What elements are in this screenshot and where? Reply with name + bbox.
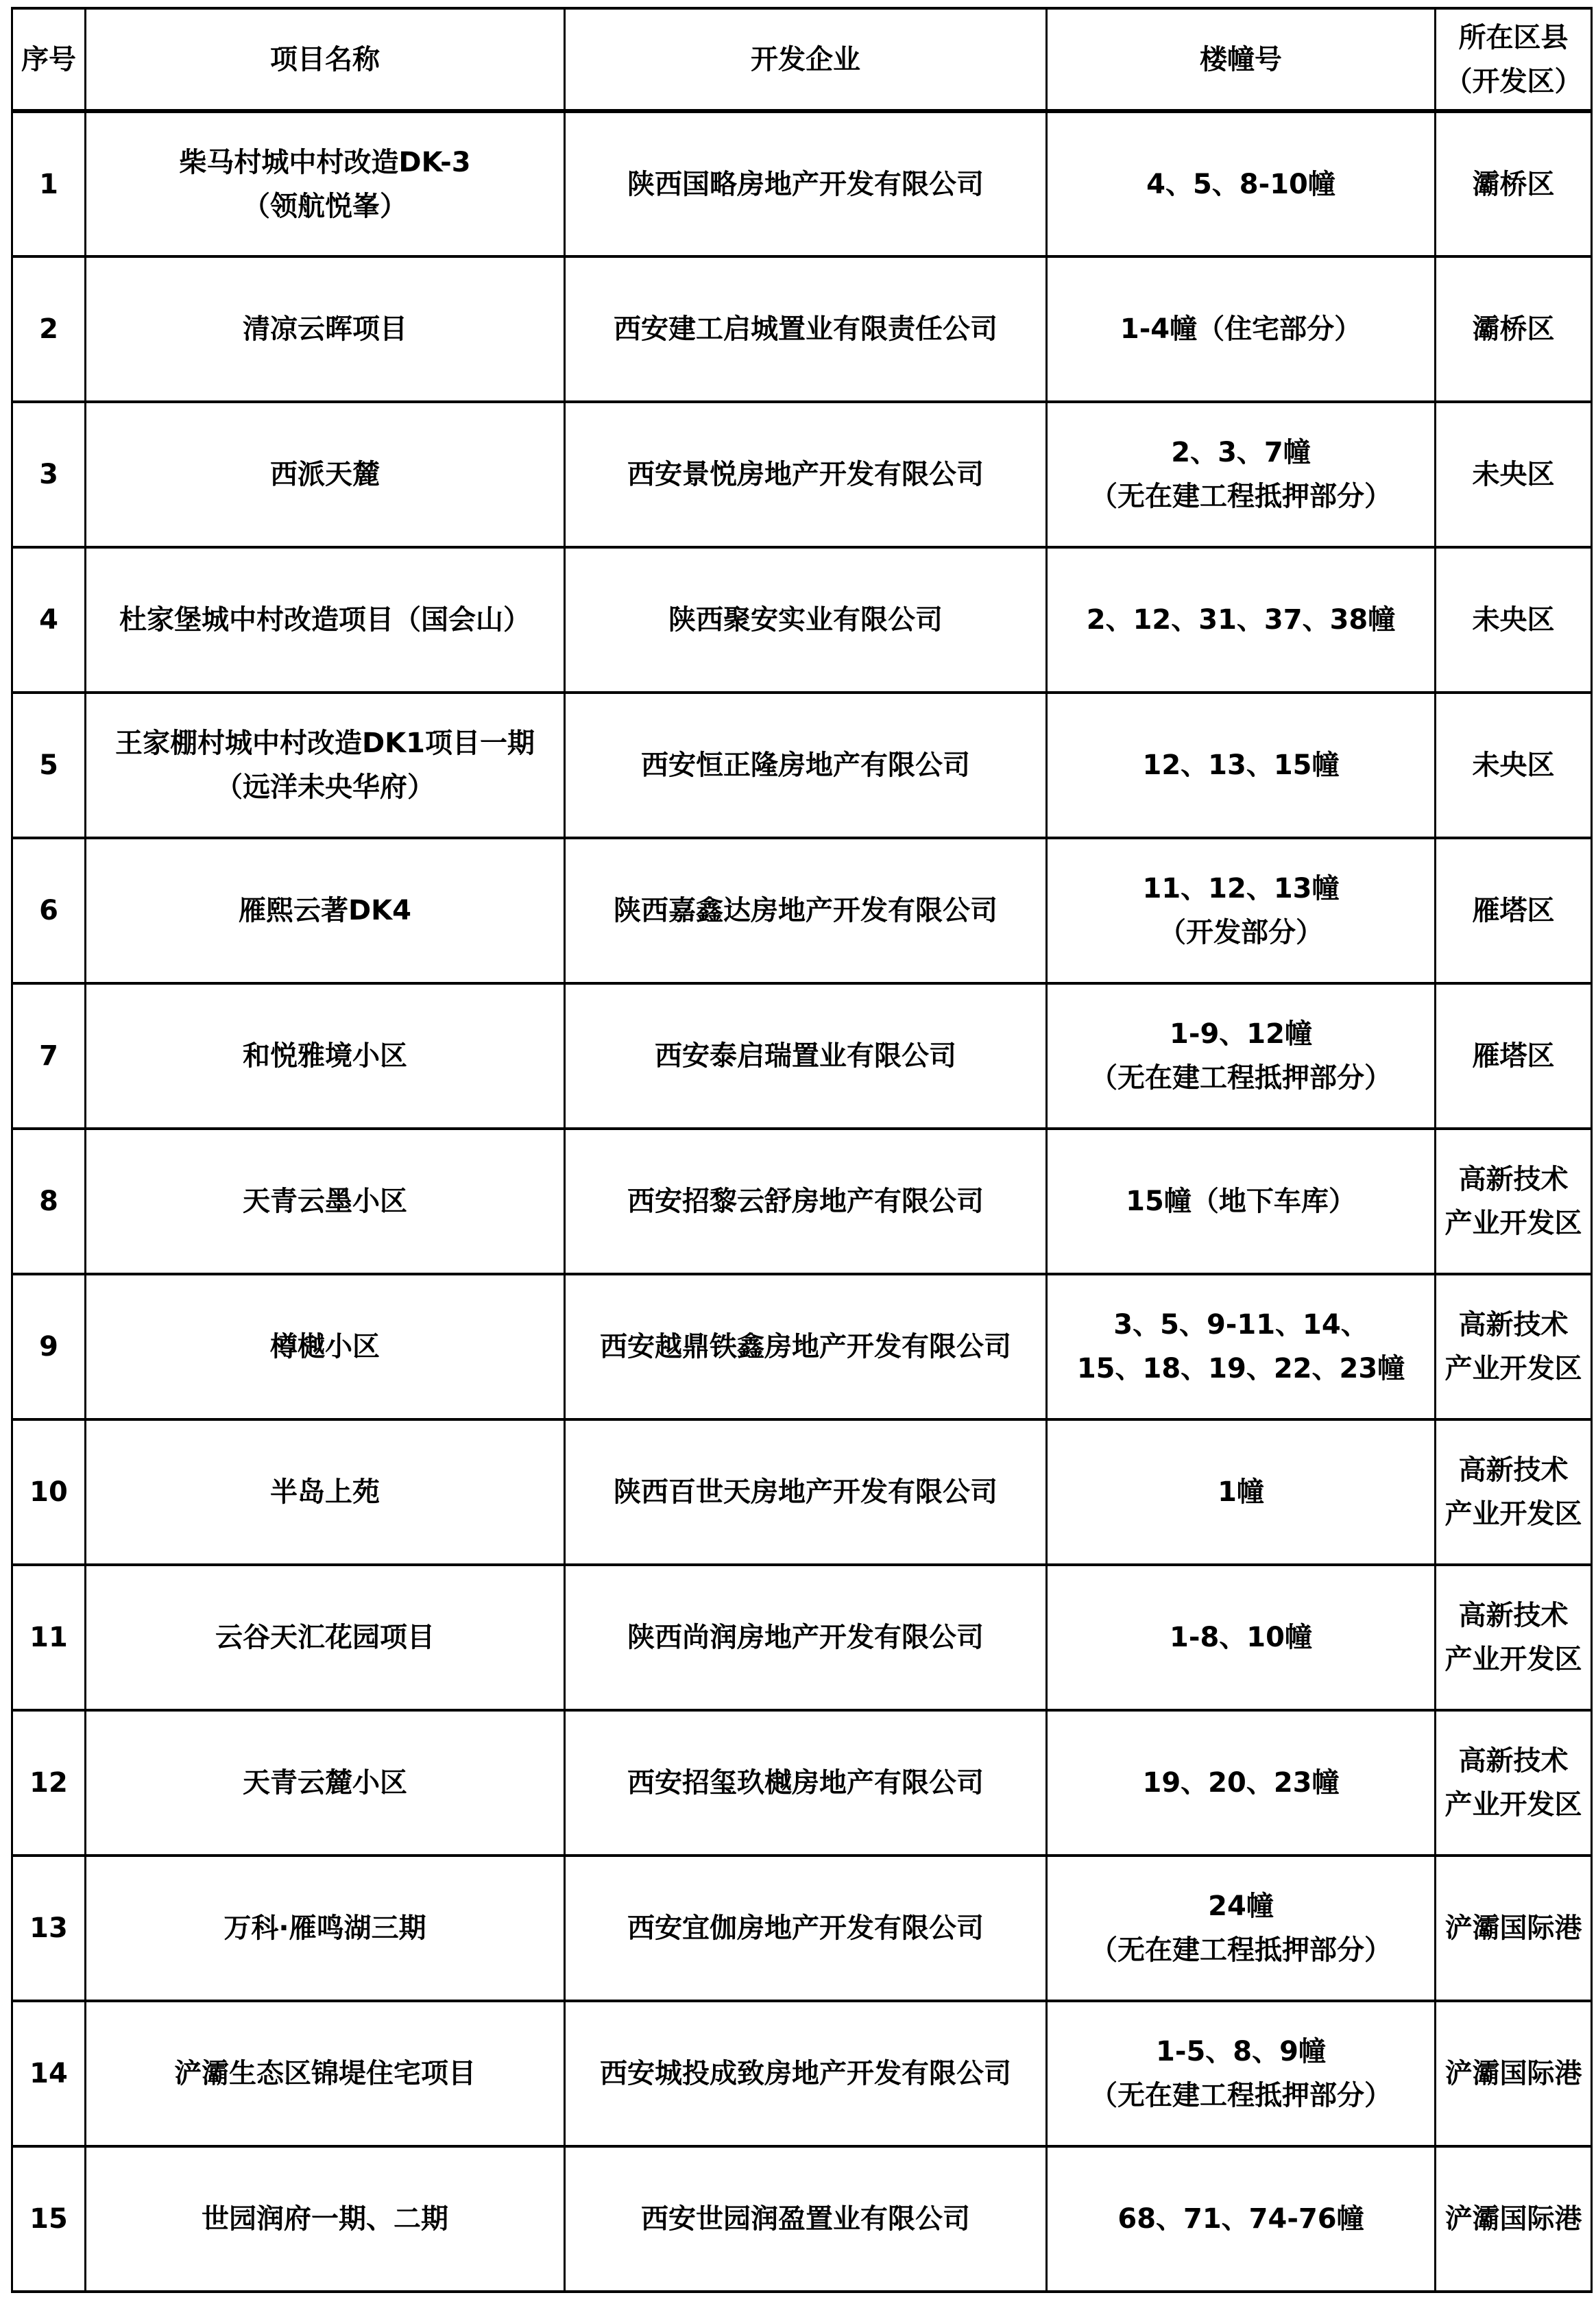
table-header: 序号 项目名称 开发企业 楼幢号 所在区县 （开发区） [12, 8, 1592, 111]
header-developer: 开发企业 [565, 8, 1047, 111]
project-cell: 万科·雁鸣湖三期 [86, 1856, 565, 2001]
buildings-cell: 2、3、7幢 （无在建工程抵押部分） [1047, 402, 1436, 547]
district-cell: 灞桥区 [1436, 111, 1592, 256]
buildings-cell: 11、12、13幢 （开发部分） [1047, 838, 1436, 983]
header-district: 所在区县 （开发区） [1436, 8, 1592, 111]
table-row: 13 万科·雁鸣湖三期 西安宜伽房地产开发有限公司 24幢 （无在建工程抵押部分… [12, 1856, 1592, 2001]
project-cell: 清凉云晖项目 [86, 256, 565, 402]
buildings-cell: 24幢 （无在建工程抵押部分） [1047, 1856, 1436, 2001]
document-sheet: 序号 项目名称 开发企业 楼幢号 所在区县 （开发区） 1 柴马村城中村改造DK… [0, 0, 1596, 2293]
table-row: 2 清凉云晖项目 西安建工启城置业有限责任公司 1-4幢（住宅部分） 灞桥区 [12, 256, 1592, 402]
district-cell: 雁塔区 [1436, 838, 1592, 983]
buildings-cell: 3、5、9-11、14、 15、18、19、22、23幢 [1047, 1274, 1436, 1419]
developer-cell: 西安恒正隆房地产有限公司 [565, 693, 1047, 838]
project-cell: 和悦雅境小区 [86, 983, 565, 1129]
developer-cell: 陕西聚安实业有限公司 [565, 547, 1047, 693]
project-cell: 半岛上苑 [86, 1419, 565, 1565]
project-cell: 西派天麓 [86, 402, 565, 547]
buildings-cell: 1-9、12幢 （无在建工程抵押部分） [1047, 983, 1436, 1129]
table-row: 11 云谷天汇花园项目 陕西尚润房地产开发有限公司 1-8、10幢 高新技术 产… [12, 1565, 1592, 1710]
district-cell: 未央区 [1436, 402, 1592, 547]
developer-cell: 西安招黎云舒房地产有限公司 [565, 1129, 1047, 1274]
buildings-cell: 4、5、8-10幢 [1047, 111, 1436, 256]
buildings-cell: 12、13、15幢 [1047, 693, 1436, 838]
buildings-cell: 19、20、23幢 [1047, 1710, 1436, 1856]
developer-cell: 西安城投成致房地产开发有限公司 [565, 2001, 1047, 2146]
project-cell: 杜家堡城中村改造项目（国会山） [86, 547, 565, 693]
project-cell: 云谷天汇花园项目 [86, 1565, 565, 1710]
district-cell: 未央区 [1436, 547, 1592, 693]
serial-cell: 15 [12, 2146, 86, 2292]
developer-cell: 西安世园润盈置业有限公司 [565, 2146, 1047, 2292]
developer-cell: 陕西百世天房地产开发有限公司 [565, 1419, 1047, 1565]
serial-cell: 5 [12, 693, 86, 838]
project-cell: 天青云墨小区 [86, 1129, 565, 1274]
table-row: 8 天青云墨小区 西安招黎云舒房地产有限公司 15幢（地下车库） 高新技术 产业… [12, 1129, 1592, 1274]
serial-cell: 13 [12, 1856, 86, 2001]
serial-cell: 1 [12, 111, 86, 256]
serial-cell: 9 [12, 1274, 86, 1419]
project-cell: 柴马村城中村改造DK-3 （领航悦峯） [86, 111, 565, 256]
district-cell: 未央区 [1436, 693, 1592, 838]
district-cell: 高新技术 产业开发区 [1436, 1129, 1592, 1274]
project-cell: 世园润府一期、二期 [86, 2146, 565, 2292]
header-serial: 序号 [12, 8, 86, 111]
serial-cell: 3 [12, 402, 86, 547]
district-cell: 高新技术 产业开发区 [1436, 1419, 1592, 1565]
district-cell: 浐灞国际港 [1436, 2146, 1592, 2292]
developer-cell: 西安招玺玖樾房地产有限公司 [565, 1710, 1047, 1856]
table-row: 3 西派天麓 西安景悦房地产开发有限公司 2、3、7幢 （无在建工程抵押部分） … [12, 402, 1592, 547]
serial-cell: 10 [12, 1419, 86, 1565]
buildings-cell: 1-5、8、9幢 （无在建工程抵押部分） [1047, 2001, 1436, 2146]
buildings-cell: 1-4幢（住宅部分） [1047, 256, 1436, 402]
table-row: 1 柴马村城中村改造DK-3 （领航悦峯） 陕西国略房地产开发有限公司 4、5、… [12, 111, 1592, 256]
buildings-cell: 68、71、74-76幢 [1047, 2146, 1436, 2292]
developer-cell: 陕西尚润房地产开发有限公司 [565, 1565, 1047, 1710]
serial-cell: 11 [12, 1565, 86, 1710]
serial-cell: 8 [12, 1129, 86, 1274]
serial-cell: 14 [12, 2001, 86, 2146]
header-buildings: 楼幢号 [1047, 8, 1436, 111]
project-cell: 王家棚村城中村改造DK1项目一期 （远洋未央华府） [86, 693, 565, 838]
table-row: 14 浐灞生态区锦堤住宅项目 西安城投成致房地产开发有限公司 1-5、8、9幢 … [12, 2001, 1592, 2146]
serial-cell: 6 [12, 838, 86, 983]
district-cell: 高新技术 产业开发区 [1436, 1274, 1592, 1419]
serial-cell: 12 [12, 1710, 86, 1856]
district-cell: 灞桥区 [1436, 256, 1592, 402]
header-project: 项目名称 [86, 8, 565, 111]
developer-cell: 西安宜伽房地产开发有限公司 [565, 1856, 1047, 2001]
serial-cell: 4 [12, 547, 86, 693]
table-row: 9 樽樾小区 西安越鼎铁鑫房地产开发有限公司 3、5、9-11、14、 15、1… [12, 1274, 1592, 1419]
table-row: 6 雁熙云著DK4 陕西嘉鑫达房地产开发有限公司 11、12、13幢 （开发部分… [12, 838, 1592, 983]
projects-table: 序号 项目名称 开发企业 楼幢号 所在区县 （开发区） 1 柴马村城中村改造DK… [11, 7, 1593, 2293]
table-row: 10 半岛上苑 陕西百世天房地产开发有限公司 1幢 高新技术 产业开发区 [12, 1419, 1592, 1565]
developer-cell: 陕西国略房地产开发有限公司 [565, 111, 1047, 256]
developer-cell: 西安泰启瑞置业有限公司 [565, 983, 1047, 1129]
table-row: 4 杜家堡城中村改造项目（国会山） 陕西聚安实业有限公司 2、12、31、37、… [12, 547, 1592, 693]
table-body: 1 柴马村城中村改造DK-3 （领航悦峯） 陕西国略房地产开发有限公司 4、5、… [12, 111, 1592, 2292]
project-cell: 天青云麓小区 [86, 1710, 565, 1856]
developer-cell: 西安越鼎铁鑫房地产开发有限公司 [565, 1274, 1047, 1419]
table-row: 5 王家棚村城中村改造DK1项目一期 （远洋未央华府） 西安恒正隆房地产有限公司… [12, 693, 1592, 838]
developer-cell: 西安建工启城置业有限责任公司 [565, 256, 1047, 402]
project-cell: 浐灞生态区锦堤住宅项目 [86, 2001, 565, 2146]
buildings-cell: 1幢 [1047, 1419, 1436, 1565]
district-cell: 高新技术 产业开发区 [1436, 1565, 1592, 1710]
district-cell: 雁塔区 [1436, 983, 1592, 1129]
buildings-cell: 1-8、10幢 [1047, 1565, 1436, 1710]
district-cell: 浐灞国际港 [1436, 2001, 1592, 2146]
table-row: 15 世园润府一期、二期 西安世园润盈置业有限公司 68、71、74-76幢 浐… [12, 2146, 1592, 2292]
developer-cell: 西安景悦房地产开发有限公司 [565, 402, 1047, 547]
developer-cell: 陕西嘉鑫达房地产开发有限公司 [565, 838, 1047, 983]
table-row: 7 和悦雅境小区 西安泰启瑞置业有限公司 1-9、12幢 （无在建工程抵押部分）… [12, 983, 1592, 1129]
serial-cell: 2 [12, 256, 86, 402]
header-row: 序号 项目名称 开发企业 楼幢号 所在区县 （开发区） [12, 8, 1592, 111]
project-cell: 雁熙云著DK4 [86, 838, 565, 983]
buildings-cell: 2、12、31、37、38幢 [1047, 547, 1436, 693]
buildings-cell: 15幢（地下车库） [1047, 1129, 1436, 1274]
table-row: 12 天青云麓小区 西安招玺玖樾房地产有限公司 19、20、23幢 高新技术 产… [12, 1710, 1592, 1856]
district-cell: 高新技术 产业开发区 [1436, 1710, 1592, 1856]
serial-cell: 7 [12, 983, 86, 1129]
project-cell: 樽樾小区 [86, 1274, 565, 1419]
district-cell: 浐灞国际港 [1436, 1856, 1592, 2001]
